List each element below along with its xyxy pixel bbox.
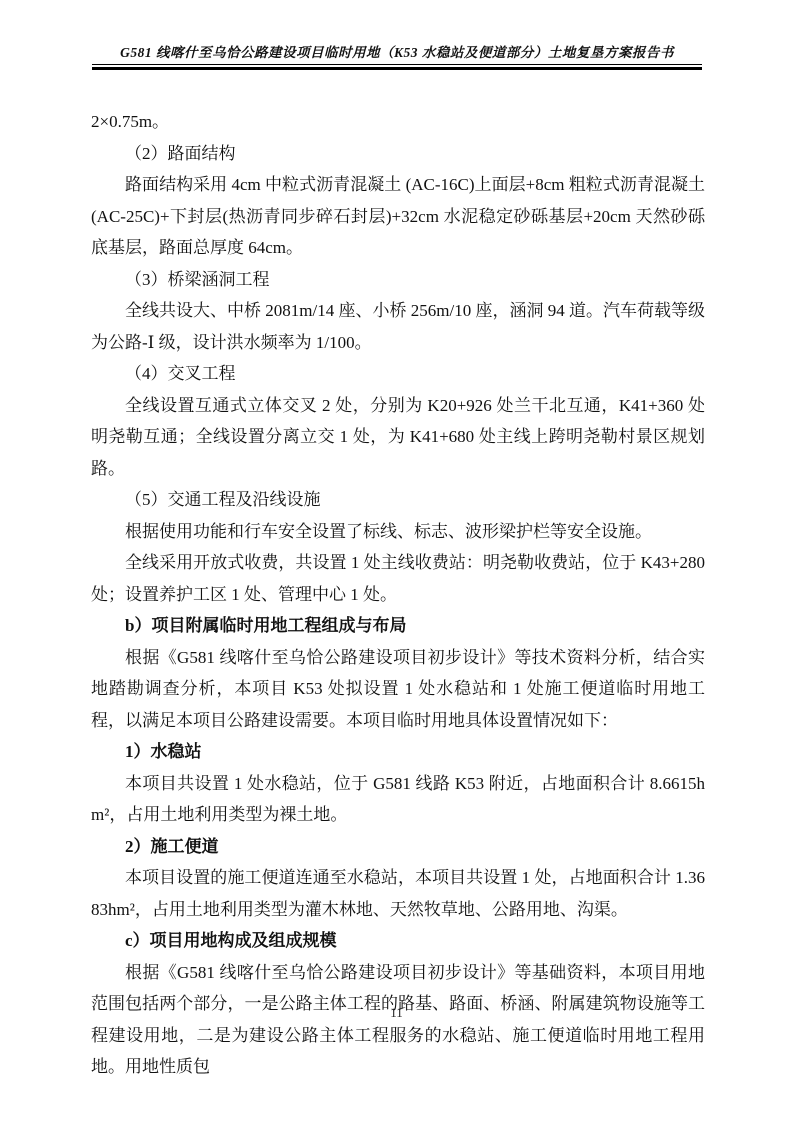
header-divider	[92, 64, 702, 70]
page-header-title: G581 线喀什至乌恰公路建设项目临时用地（K53 水稳站及便道部分）土地复垦方…	[90, 41, 704, 61]
paragraph-water-stabilization: 本项目共设置 1 处水稳站，位于 G581 线路 K53 附近，占地面积合计 8…	[91, 768, 705, 831]
document-body: 2×0.75m。 （2）路面结构 路面结构采用 4cm 中粒式沥青混凝土 (AC…	[91, 106, 705, 1083]
paragraph-toll-stations: 全线采用开放式收费，共设置 1 处主线收费站：明尧勒收费站，位于 K43+280…	[91, 547, 705, 610]
subheading-2-pavement-structure: （2）路面结构	[91, 138, 705, 170]
heading-c-land-composition: c）项目用地构成及组成规模	[91, 925, 705, 957]
subheading-3-bridges-culverts: （3）桥梁涵洞工程	[91, 264, 705, 296]
heading-1-water-stabilization: 1）水稳站	[91, 736, 705, 768]
paragraph-safety-facilities: 根据使用功能和行车安全设置了标线、标志、波形梁护栏等安全设施。	[91, 516, 705, 548]
page-number: 11	[0, 1005, 793, 1021]
paragraph-intersections: 全线设置互通式立体交叉 2 处，分别为 K20+926 处兰干北互通，K41+3…	[91, 390, 705, 485]
subheading-5-traffic-facilities: （5）交通工程及沿线设施	[91, 484, 705, 516]
document-page: G581 线喀什至乌恰公路建设项目临时用地（K53 水稳站及便道部分）土地复垦方…	[0, 0, 793, 1122]
paragraph-construction-road: 本项目设置的施工便道连通至水稳站，本项目共设置 1 处，占地面积合计 1.368…	[91, 862, 705, 925]
paragraph-pavement-structure: 路面结构采用 4cm 中粒式沥青混凝土 (AC-16C)上面层+8cm 粗粒式沥…	[91, 169, 705, 264]
paragraph-temporary-land-overview: 根据《G581 线喀什至乌恰公路建设项目初步设计》等技术资料分析，结合实地踏勘调…	[91, 642, 705, 737]
paragraph-bridges-culverts: 全线共设大、中桥 2081m/14 座、小桥 256m/10 座，涵洞 94 道…	[91, 295, 705, 358]
subheading-4-intersections: （4）交叉工程	[91, 358, 705, 390]
heading-b-temporary-land-layout: b）项目附属临时用地工程组成与布局	[91, 610, 705, 642]
paragraph-carryover: 2×0.75m。	[91, 106, 705, 138]
heading-2-construction-road: 2）施工便道	[91, 831, 705, 863]
